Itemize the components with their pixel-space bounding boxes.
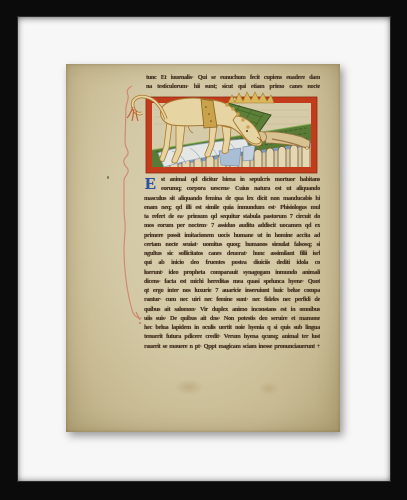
picture-mat: tunc Et iuuenalis· Qui se eunuchum fecit… — [18, 17, 390, 481]
parchment-speck — [107, 176, 109, 179]
body-text-line: mos eorum per noctem· 7 assiduo auditu a… — [144, 221, 320, 230]
body-text-line: eorumq; corpora uescens· Cuius natura es… — [161, 184, 320, 193]
framed-manuscript-photo: { "artwork": { "frame": { "background_co… — [0, 0, 407, 500]
body-text-line: qui ab inicio deo fruentes postea diuici… — [144, 258, 320, 267]
parchment-stain — [258, 382, 280, 395]
body-text-line: certam nocte seuiat· uomitus quoq; human… — [144, 240, 320, 249]
margin-flourish — [116, 82, 144, 328]
body-text-line: primere possit imitacionem uocis humane … — [144, 231, 320, 240]
shroud-drape — [243, 145, 255, 161]
body-text-line: st animal qd dicitur hiena in sepulcris … — [161, 175, 320, 184]
body-text-line: ngultus sic sollicitatos canes deuorat· … — [144, 249, 320, 258]
hyena-miniature — [124, 90, 324, 178]
body-text-line: rauerit se mouere n pt· Qppt magicam sci… — [144, 342, 320, 351]
body-text-line: tenuerit futura pdicere credit· Verum hy… — [144, 332, 320, 341]
body-text-line: dicens· facta est michi hereditas mea qu… — [144, 277, 320, 286]
body-text-line: ta refert de ea· primum qd sequitur stab… — [144, 212, 320, 221]
manuscript-page: tunc Et iuuenalis· Qui se eunuchum fecit… — [66, 64, 340, 432]
body-text-line: uiis suis· De quibus ait dns· Non potest… — [144, 314, 320, 323]
flourish-line — [124, 86, 142, 318]
parchment-stain — [174, 379, 204, 395]
body-text-block: st animal qd dicitur hiena in sepulcris … — [144, 175, 320, 351]
header-text-line: tunc Et iuuenalis· Qui se eunuchum fecit… — [146, 73, 320, 82]
flourish-dot — [139, 322, 141, 324]
body-text-line: hec belua lapidem in oculis uertit noie … — [144, 323, 320, 332]
hyena-eye — [246, 130, 248, 132]
header-text-block: tunc Et iuuenalis· Qui se eunuchum fecit… — [146, 73, 320, 92]
body-text-line: enam neq; qd illi est simile quia inmund… — [144, 203, 320, 212]
body-text-line: quibus ait salomon· Vir duplex animo inc… — [144, 305, 320, 314]
body-text-line: luerunt· ideo propheta comparauit synago… — [144, 268, 320, 277]
body-text-line: masculus sit aliquando femina de qua lex… — [144, 194, 320, 203]
body-text-line: qt ergo inter nos luxurie 7 auaricie ins… — [144, 286, 320, 295]
body-text-line: rantur· cum nec uiri nec femine sunt· ne… — [144, 295, 320, 304]
flourish-hook — [136, 312, 140, 320]
